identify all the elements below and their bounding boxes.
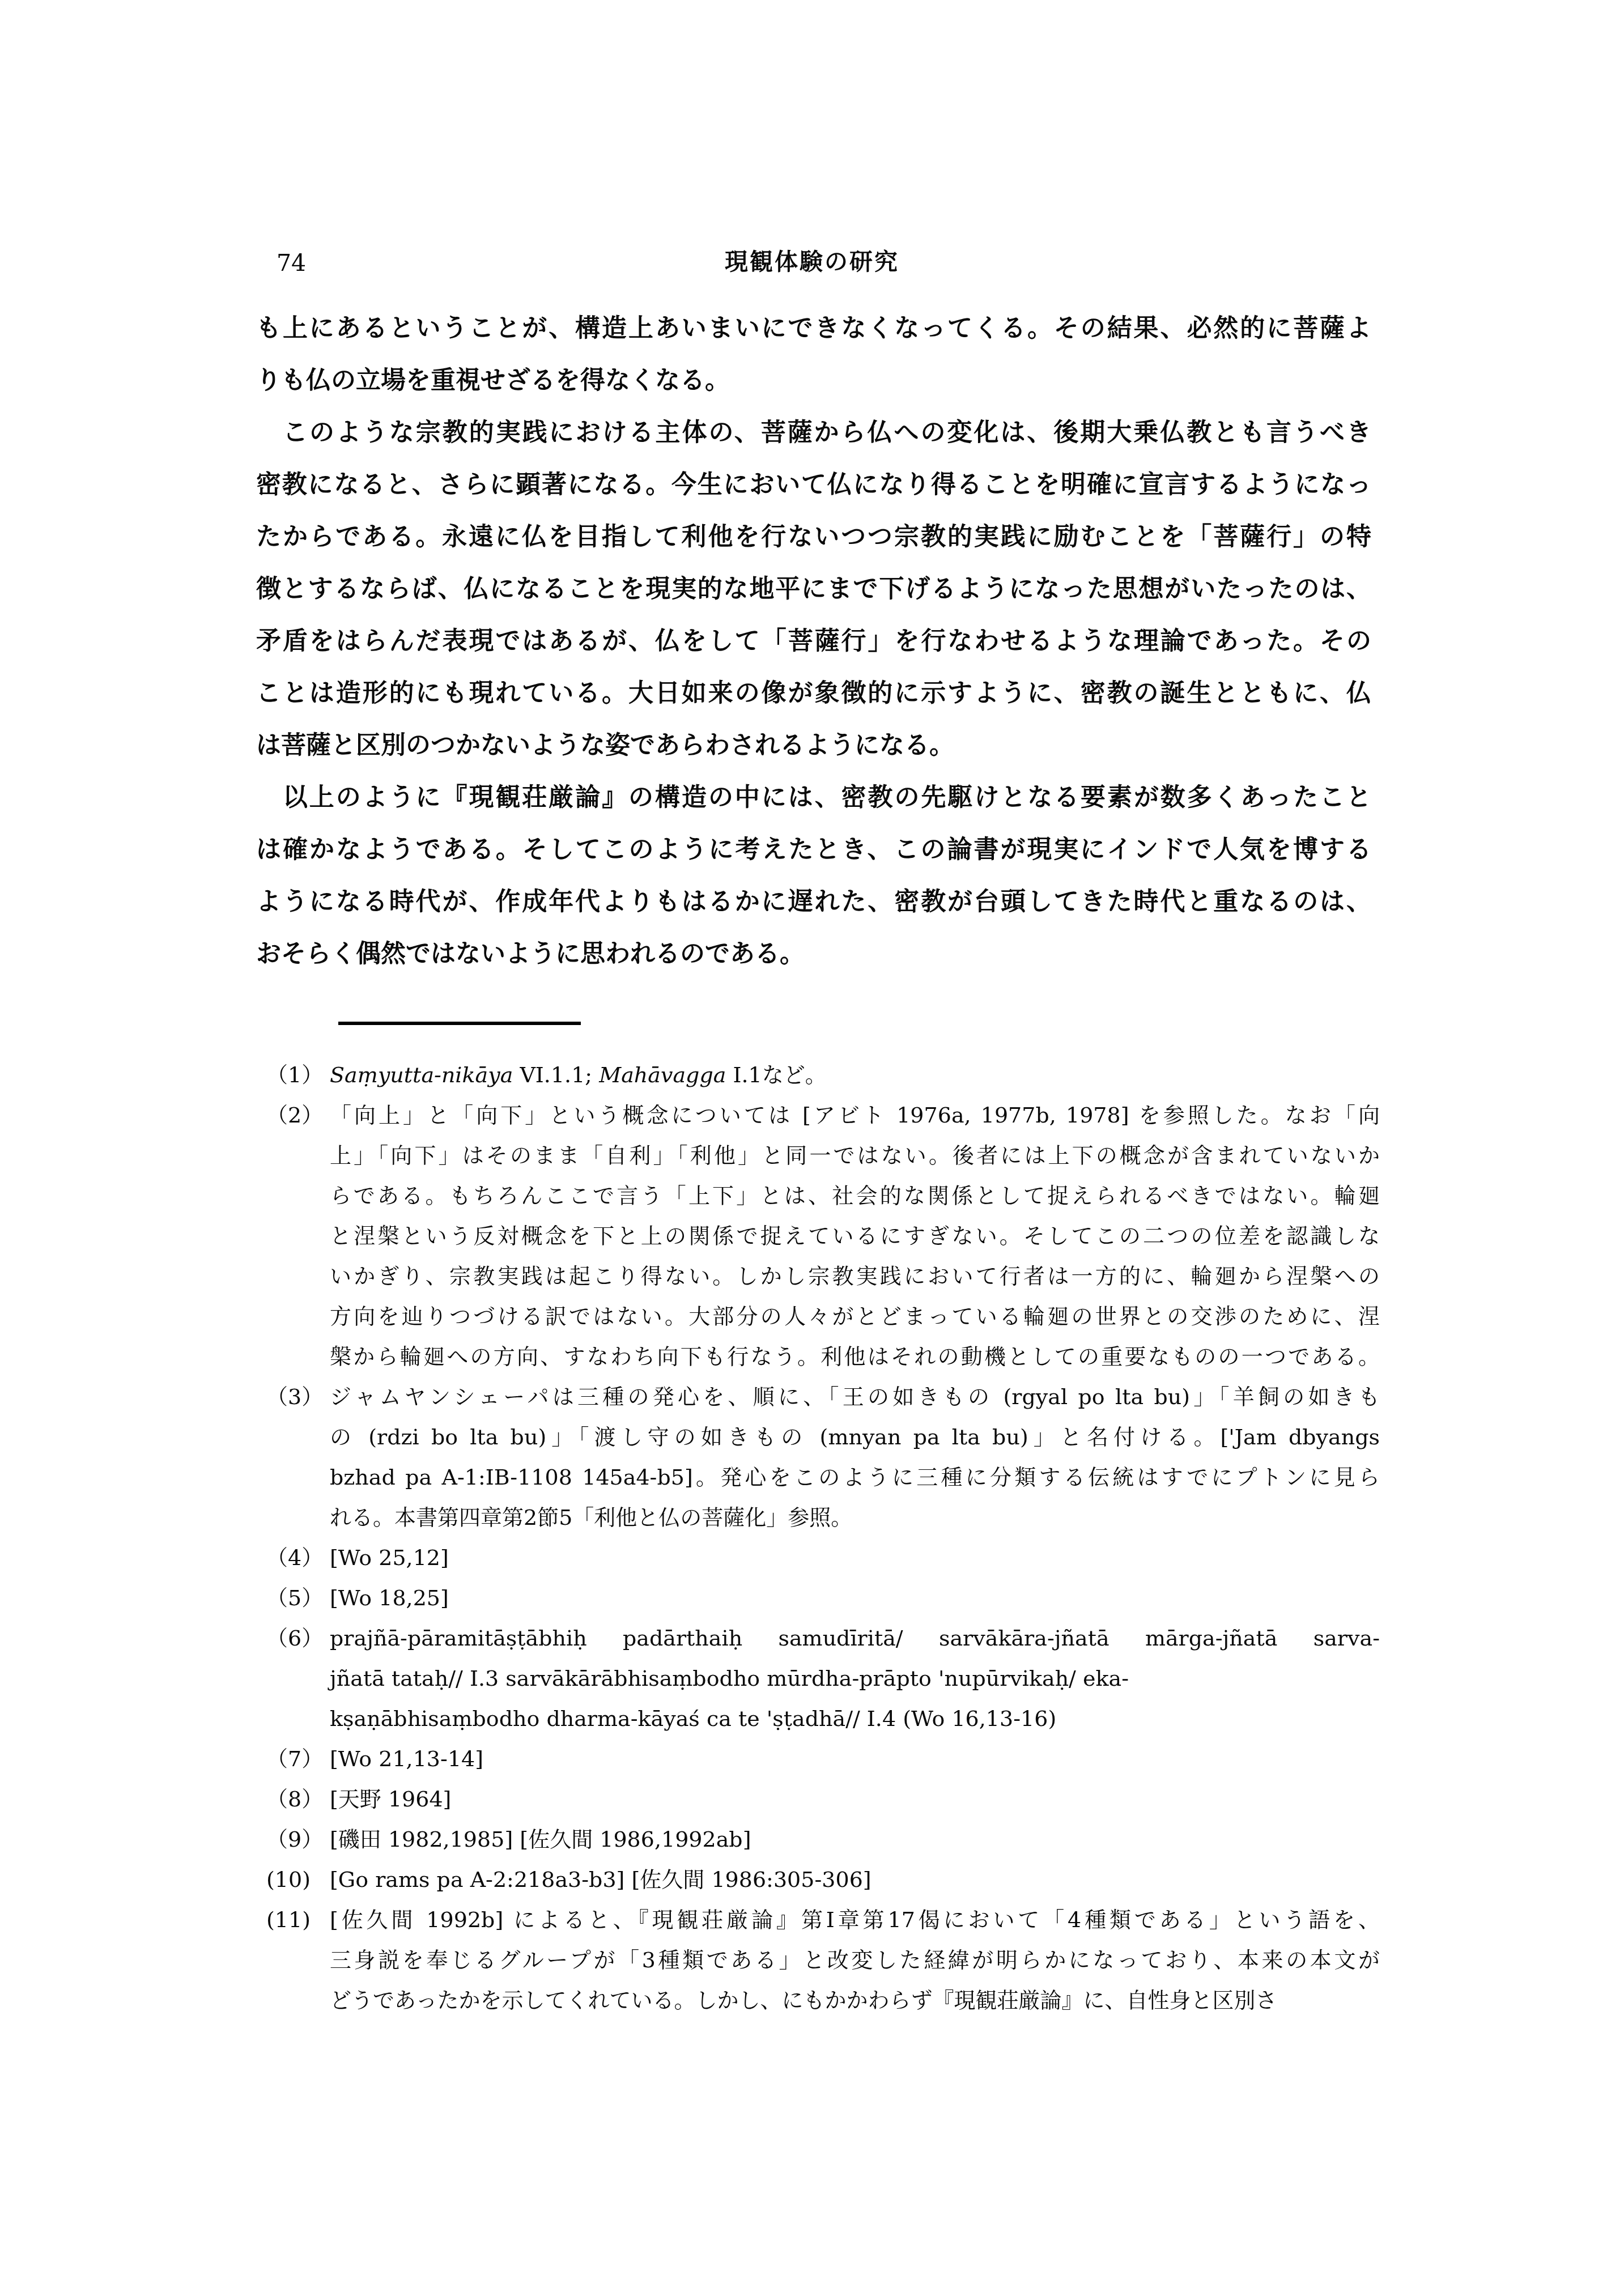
- footnote-number: （8）: [266, 1779, 330, 1819]
- body-line: 以上のように『現観荘厳論』の構造の中には、密教の先駆けとなる要素が数多くあったこ…: [256, 772, 1371, 824]
- footnote-text: [Wo 18,25]: [330, 1578, 1380, 1618]
- footnote-item: （4） [Wo 25,12]: [266, 1538, 1380, 1578]
- body-line: 徴とするならば、仏になることを現実的な地平にまで下げるようになった思想がいたった…: [256, 563, 1371, 615]
- footnote-line: 方向を辿りつづける訳ではない。大部分の人々がとどまっている輪廻の世界との交渉のた…: [330, 1296, 1380, 1337]
- body-text: も上にあるということが、構造上あいまいにできなくなってくる。その結果、必然的に菩…: [256, 303, 1371, 980]
- citation-text: VI.1.1;: [513, 1062, 599, 1087]
- footnote-line: [Wo 18,25]: [330, 1578, 1380, 1618]
- footnote-line: jñatā tataḥ// I.3 sarvākārābhisaṃbodho m…: [330, 1659, 1380, 1699]
- body-line: 矛盾をはらんだ表現ではあるが、仏をして「菩薩行」を行なわせるような理論であった。…: [256, 615, 1371, 667]
- footnote-text: [天野 1964]: [330, 1779, 1380, 1819]
- footnote-line: [磯田 1982,1985] [佐久間 1986,1992ab]: [330, 1819, 1380, 1860]
- footnote-item: （8） [天野 1964]: [266, 1779, 1380, 1819]
- footnote-item: （2） 「向上」と「向下」という概念については [アビト 1976a, 1977…: [266, 1095, 1380, 1377]
- footnote-number: （1）: [266, 1055, 330, 1095]
- work-title-italic: Mahāvagga: [599, 1062, 726, 1087]
- footnote-number: （5）: [266, 1578, 330, 1618]
- footnote-number: （6）: [266, 1618, 330, 1659]
- footnote-text: [磯田 1982,1985] [佐久間 1986,1992ab]: [330, 1819, 1380, 1860]
- footnote-line: いかぎり、宗教実践は起こり得ない。しかし宗教実践において行者は一方的に、輪廻から…: [330, 1256, 1380, 1296]
- running-header-title: 現観体験の研究: [0, 248, 1624, 275]
- footnote-item: （6） prajñā-pāramitāṣṭābhiḥ padārthaiḥ sa…: [266, 1618, 1380, 1739]
- footnote-line: 「向上」と「向下」という概念については [アビト 1976a, 1977b, 1…: [330, 1095, 1380, 1136]
- footnote-line: れる。本書第四章第2節5「利他と仏の菩薩化」参照。: [330, 1498, 1380, 1538]
- footnote-line: [天野 1964]: [330, 1779, 1380, 1819]
- footnote-line: [Wo 25,12]: [330, 1538, 1380, 1578]
- footnote-item: (11) [佐久間 1992b] によると、『現観荘厳論』第I章第17偈において…: [266, 1900, 1380, 2021]
- footnote-number: （2）: [266, 1095, 330, 1136]
- body-line: は菩薩と区別のつかないような姿であらわされるようになる。: [256, 720, 1371, 772]
- footnote-text: ジャムヤンシェーパは三種の発心を、順に、「王の如きもの (rgyal po lt…: [330, 1377, 1380, 1538]
- footnote-line: [Wo 21,13-14]: [330, 1739, 1380, 1779]
- body-line: おそらく偶然ではないように思われるのである。: [256, 928, 1371, 980]
- footnote-line: らである。もちろんここで言う「上下」とは、社会的な関係として捉えられるべきではな…: [330, 1176, 1380, 1216]
- body-line: りも仏の立場を重視せざるを得なくなる。: [256, 355, 1371, 407]
- footnote-number: （9）: [266, 1819, 330, 1860]
- footnote-line: どうであったかを示してくれている。しかし、にもかかわらず『現観荘厳論』に、自性身…: [330, 1980, 1380, 2021]
- work-title-italic: Saṃyutta-nikāya: [330, 1062, 513, 1087]
- footnote-number: （7）: [266, 1739, 330, 1779]
- footnote-line: と涅槃という反対概念を下と上の関係で捉えているにすぎない。そしてこの二つの位差を…: [330, 1216, 1380, 1256]
- footnote-line: [佐久間 1992b] によると、『現観荘厳論』第I章第17偈において「4種類で…: [330, 1900, 1380, 1940]
- footnote-line: bzhad pa A-1:IB-1108 145a4-b5]。発心をこのように三…: [330, 1457, 1380, 1498]
- citation-text: I.1など。: [726, 1062, 826, 1087]
- footnote-line: 三身説を奉じるグループが「3種類である」と改変した経緯が明らかになっており、本来…: [330, 1940, 1380, 1980]
- footnote-number: (10): [266, 1860, 330, 1900]
- footnote-text: [Go rams pa A-2:218a3-b3] [佐久間 1986:305-…: [330, 1860, 1380, 1900]
- footnote-text: [佐久間 1992b] によると、『現観荘厳論』第I章第17偈において「4種類で…: [330, 1900, 1380, 2021]
- footnote-text: 「向上」と「向下」という概念については [アビト 1976a, 1977b, 1…: [330, 1095, 1380, 1377]
- body-line: は確かなようである。そしてこのように考えたとき、この論書が現実にインドで人気を博…: [256, 824, 1371, 876]
- footnote-item: （5） [Wo 18,25]: [266, 1578, 1380, 1618]
- footnote-text: [Wo 21,13-14]: [330, 1739, 1380, 1779]
- footnote-number: （3）: [266, 1377, 330, 1417]
- footnote-line: の (rdzi bo lta bu)」「渡し守の如きもの (mnyan pa l…: [330, 1417, 1380, 1457]
- body-paragraph: 以上のように『現観荘厳論』の構造の中には、密教の先駆けとなる要素が数多くあったこ…: [256, 772, 1371, 980]
- body-paragraph: も上にあるということが、構造上あいまいにできなくなってくる。その結果、必然的に菩…: [256, 303, 1371, 407]
- footnote-line: Saṃyutta-nikāya VI.1.1; Mahāvagga I.1など。: [330, 1055, 1380, 1095]
- footnote-line: ジャムヤンシェーパは三種の発心を、順に、「王の如きもの (rgyal po lt…: [330, 1377, 1380, 1417]
- body-paragraph: このような宗教的実践における主体の、菩薩から仏への変化は、後期大乗仏教とも言うべ…: [256, 407, 1371, 772]
- body-line: ようになる時代が、作成年代よりもはるかに遅れた、密教が台頭してきた時代と重なるの…: [256, 876, 1371, 928]
- footnote-number: （4）: [266, 1538, 330, 1578]
- body-line: も上にあるということが、構造上あいまいにできなくなってくる。その結果、必然的に菩…: [256, 303, 1371, 355]
- footnotes-section: （1） Saṃyutta-nikāya VI.1.1; Mahāvagga I.…: [266, 1055, 1380, 2021]
- body-line: 密教になると、さらに顕著になる。今生において仏になり得ることを明確に宣言するよう…: [256, 459, 1371, 511]
- footnote-item: （9） [磯田 1982,1985] [佐久間 1986,1992ab]: [266, 1819, 1380, 1860]
- footnote-line: kṣaṇābhisaṃbodho dharma-kāyaś ca te 'ṣṭa…: [330, 1699, 1380, 1739]
- footnote-line: prajñā-pāramitāṣṭābhiḥ padārthaiḥ samudī…: [330, 1618, 1380, 1659]
- footnote-item: (10) [Go rams pa A-2:218a3-b3] [佐久間 1986…: [266, 1860, 1380, 1900]
- footnote-line: 上」「向下」はそのまま「自利」「利他」と同一ではない。後者には上下の概念が含まれ…: [330, 1136, 1380, 1176]
- footnote-number: (11): [266, 1900, 330, 1940]
- footnote-text: [Wo 25,12]: [330, 1538, 1380, 1578]
- body-line: たからである。永遠に仏を目指して利他を行ないつつ宗教的実践に励むことを「菩薩行」…: [256, 511, 1371, 563]
- footnote-item: （3） ジャムヤンシェーパは三種の発心を、順に、「王の如きもの (rgyal p…: [266, 1377, 1380, 1538]
- body-line: ことは造形的にも現れている。大日如来の像が象徴的に示すように、密教の誕生とともに…: [256, 667, 1371, 720]
- footnote-item: （1） Saṃyutta-nikāya VI.1.1; Mahāvagga I.…: [266, 1055, 1380, 1095]
- footnote-rule: [338, 1022, 581, 1025]
- scanned-page: 74 現観体験の研究 も上にあるということが、構造上あいまいにできなくなってくる…: [0, 0, 1624, 2296]
- footnote-line: [Go rams pa A-2:218a3-b3] [佐久間 1986:305-…: [330, 1860, 1380, 1900]
- body-line: このような宗教的実践における主体の、菩薩から仏への変化は、後期大乗仏教とも言うべ…: [256, 407, 1371, 459]
- footnote-text: Saṃyutta-nikāya VI.1.1; Mahāvagga I.1など。: [330, 1055, 1380, 1095]
- footnote-text: prajñā-pāramitāṣṭābhiḥ padārthaiḥ samudī…: [330, 1618, 1380, 1739]
- footnote-item: （7） [Wo 21,13-14]: [266, 1739, 1380, 1779]
- footnote-line: 槃から輪廻への方向、すなわち向下も行なう。利他はそれの動機としての重要なものの一…: [330, 1337, 1380, 1377]
